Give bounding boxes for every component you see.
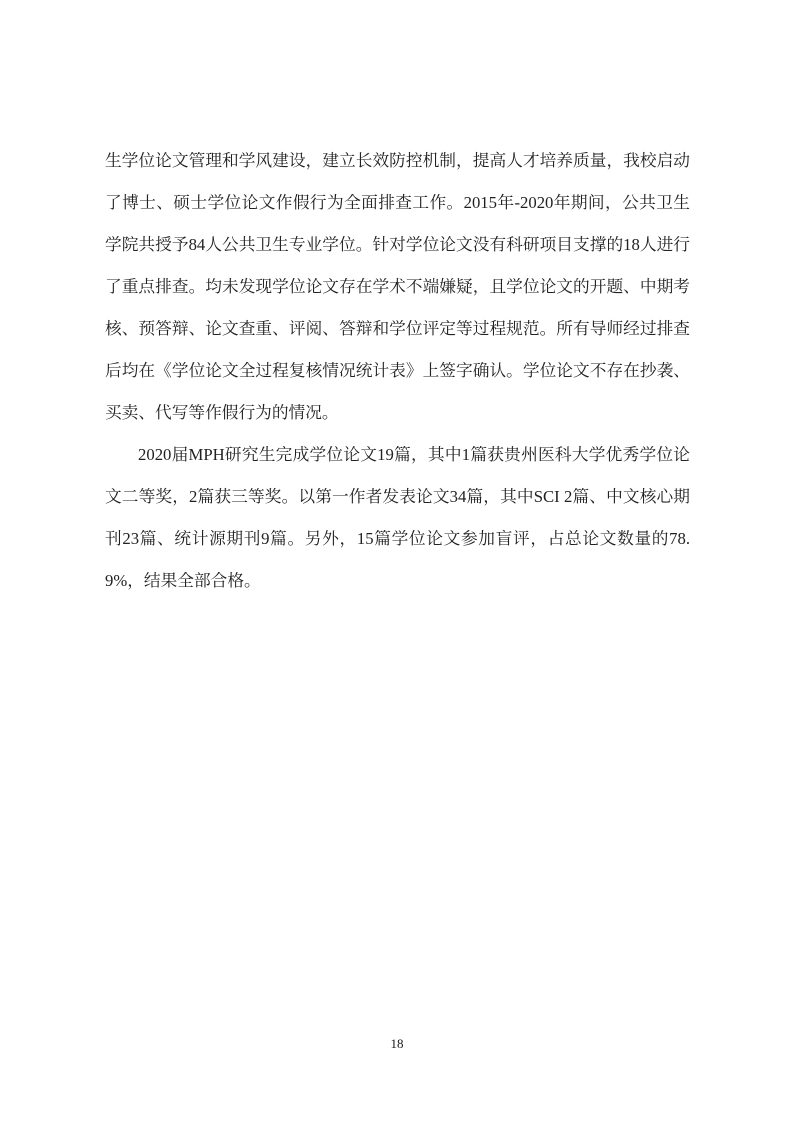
body-paragraph-1: 生学位论文管理和学风建设，建立长效防控机制，提高人才培养质量，我校启动了博士、硕… xyxy=(105,140,690,434)
page-body: 生学位论文管理和学风建设，建立长效防控机制，提高人才培养质量，我校启动了博士、硕… xyxy=(105,140,690,602)
page-number: 18 xyxy=(391,1036,404,1051)
body-paragraph-2: 2020届MPH研究生完成学位论文19篇，其中1篇获贵州医科大学优秀学位论文二等… xyxy=(105,434,690,602)
page-footer: 18 xyxy=(0,1036,794,1052)
document-page: 生学位论文管理和学风建设，建立长效防控机制，提高人才培养质量，我校启动了博士、硕… xyxy=(0,0,794,1123)
